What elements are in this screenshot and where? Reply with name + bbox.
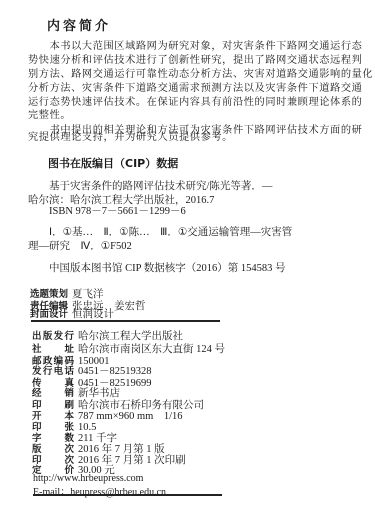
summary-title: 内容简介 <box>47 15 111 34</box>
divider-bottom <box>33 494 222 496</box>
credit-row: 封面设计恒润设计 <box>30 306 114 321</box>
credit-label: 封面设计 <box>30 306 72 320</box>
summary-line: 究提供理论支持，并为研究人员提供参考。 <box>28 131 233 145</box>
pub-label: 出版发行 <box>32 328 74 342</box>
credit-value: 恒润设计 <box>72 309 114 320</box>
cip-line: ISBN 978－7－5661－1299－6 <box>28 203 186 218</box>
summary-line: 分析方法、灾害条件下道路交通需求预测方法以及灾害条件下道路交通 <box>28 82 362 96</box>
cip-line: Ⅰ．①基… Ⅱ．①陈… Ⅲ．①交通运输管理—灾害管 <box>28 224 292 239</box>
cip-title: 图书在版编目（CIP）数据 <box>48 155 178 171</box>
summary-line: 运行态势快速评估技术。在保证内容具有前沿性的同时兼顾理论体系的 <box>28 96 362 110</box>
summary-line: 完整性。 <box>28 109 71 123</box>
cip-line: 理—研究 Ⅳ．①F502 <box>28 238 132 253</box>
cip-line: 基于灾害条件的路网评估技术研究/陈光等著．— <box>28 178 272 193</box>
summary-line: 势快速分析和评估技术进行了创新性研究，提出了路网交通状态远程判 <box>28 54 362 68</box>
publisher-email[interactable]: E-mail：heupress@hrbeu.edu.cn <box>33 483 166 498</box>
divider-top <box>31 320 220 322</box>
cip-line: 中国版本图书馆 CIP 数据核字（2016）第 154583 号 <box>28 260 285 275</box>
summary-line: 别方法、路网交通运行可靠性动态分析方法、灾害对道路交通影响的量化 <box>28 68 373 82</box>
summary-line: 本书以大范围区域路网为研究对象，对灾害条件下路网交通运行态 <box>28 40 362 54</box>
